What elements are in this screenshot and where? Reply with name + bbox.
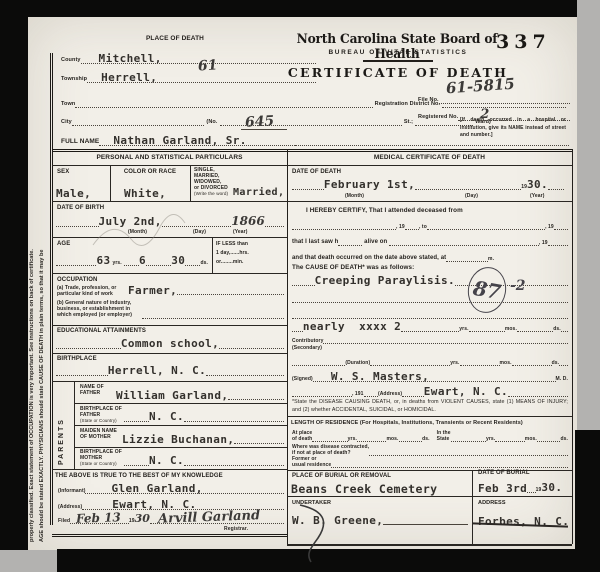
cause-of-death-label: The CAUSE OF DEATH* was as follows: [292, 264, 414, 272]
physician-address-row: , 191 (Address) Ewart, N. C. [292, 384, 568, 397]
registered-no-row: Registered No. 2 [418, 108, 570, 121]
title-underline [52, 165, 572, 166]
burial-divider [472, 470, 473, 544]
burial-row-line [287, 496, 572, 497]
mother-birthplace-row: N. C. [124, 454, 284, 466]
burial-place-label: PLACE OF BURIAL OR REMOVAL [292, 473, 391, 480]
mother-birthplace-label-block: BIRTHPLACE OF MOTHER (State or Country) [80, 449, 122, 466]
occupation-a-label: (a) Trade, profession, or particular kin… [57, 285, 127, 297]
occupation-a-value: Farmer, [128, 285, 177, 296]
last-saw-label: that I last saw h [292, 239, 338, 246]
stamp-number: 337 [496, 31, 551, 53]
alive-on-label: alive on [364, 239, 387, 246]
left-column-bottom-rule [52, 534, 287, 537]
county-row: County Mitchell, [61, 50, 316, 64]
county-value: Mitchell, [99, 53, 162, 64]
in-state-label2: State [437, 436, 451, 442]
state-or-country-sublabel: (State or Country) [80, 418, 122, 423]
age-days-value: 30 [171, 255, 185, 266]
row-line [52, 381, 287, 382]
duration-value: nearly xxxx 2 [303, 321, 401, 332]
yrs-unit-label: yrs. [450, 360, 459, 366]
footnote-rule [287, 416, 572, 417]
day-sublabel: (Day) [193, 229, 206, 235]
scan-border-bottom-right [575, 430, 600, 572]
dob-row: July 2nd, 1866 [56, 214, 284, 227]
if-less-line1: IF LESS than [216, 241, 284, 247]
burial-date-value: Feb 3rd [478, 483, 527, 494]
undertaker-address-label: ADDRESS [478, 500, 506, 507]
row-line [52, 353, 287, 354]
education-label: EDUCATIONAL ATTAINMENTS [57, 328, 146, 335]
education-row: Common school, [56, 336, 284, 349]
cell-divider-1 [110, 165, 111, 201]
year-sublabel: (Year) [530, 193, 545, 199]
mos-unit-label: mos. [505, 326, 517, 332]
contributory-row: Contributory [292, 333, 568, 344]
age-years-value: 63 [96, 255, 110, 266]
ds-unit-label: ds. [560, 436, 568, 442]
full-name-value: Nathan Garland, Sr. [113, 135, 246, 146]
age-months-value: 6 [139, 255, 146, 266]
township-value: Herrell, [101, 72, 157, 83]
last-saw-row: that I last saw h alive on , 19 [292, 234, 568, 246]
row-line [74, 425, 287, 426]
cause-of-death-row: Creeping Paraylisis. [292, 273, 568, 286]
dob-year-value: 1866 [231, 215, 264, 227]
cause-of-death-value: Creeping Paraylisis. [315, 275, 455, 286]
father-birthplace-label-block: BIRTHPLACE OF FATHER (State or Country) [80, 406, 122, 423]
occupation-a-row: Farmer, [128, 283, 284, 295]
title-rule [363, 60, 433, 62]
burial-place-value: Beans Creek Cemetery [291, 484, 437, 496]
contributory-label: Contributory [292, 338, 323, 344]
row-line [74, 447, 287, 448]
scan-border-bottom [57, 549, 577, 572]
undertaker-row: W. B. Greene, [292, 511, 468, 525]
birthplace-row: Herrell, N. C. [56, 363, 284, 376]
medical-section-title: MEDICAL CERTIFICATE OF DEATH [287, 154, 572, 162]
duration-sublabel: (Duration) [345, 360, 370, 366]
residence-title: LENGTH OF RESIDENCE (For Hospitals, Inst… [291, 420, 571, 427]
township-row: Township Herrell, [61, 69, 316, 83]
meridian-label: m. [488, 256, 494, 262]
md-label: M. D. [556, 376, 568, 382]
certify-statement: I HEREBY CERTIFY, That I attended deceas… [306, 207, 463, 215]
death-certificate-scan: properly classified. Exact statement of … [0, 0, 600, 572]
form-right-rule [572, 149, 573, 544]
signed-row: (Signed) W. S. Masters, M. D. [292, 368, 568, 382]
father-name-row: William Garland, [116, 388, 284, 400]
scan-border-top [0, 0, 577, 17]
state-or-country-sublabel: (State or Country) [80, 461, 122, 466]
township-number-handwritten: 61 [198, 58, 218, 73]
margin-instructions-line2: properly classified. Exact statement of … [29, 27, 35, 542]
undertaker-label: UNDERTAKER [292, 500, 331, 507]
registered-no-label: Registered No. [418, 114, 458, 121]
father-name-label: NAME OF FATHER [80, 384, 114, 396]
yrs-unit-label: yrs. [348, 436, 357, 442]
dob-label: DATE OF BIRTH [57, 205, 104, 212]
dob-value: July 2nd, [99, 216, 162, 227]
death-occurred-row: and that death occurred on the date abov… [292, 250, 568, 262]
color-race-label: COLOR OR RACE [112, 169, 188, 176]
contracted-row: Where was disease contracted,if not at p… [292, 445, 568, 456]
informant-row: (Informant) Glen Garland, [58, 481, 284, 494]
registrar-label: Registrar. [224, 526, 248, 532]
town-label: Town [61, 101, 75, 108]
occupation-b-label: (b) General nature of industry, business… [57, 300, 141, 318]
row-line [52, 237, 287, 238]
burial-year-value: 30. [541, 482, 562, 493]
right-column-bottom-rule [287, 544, 572, 546]
name-number-underline [241, 129, 287, 130]
parents-label: PARENTS [58, 389, 65, 465]
date-of-death-row: February 1st, 19 30. [292, 177, 564, 190]
if-less-line3: or........min. [216, 259, 284, 265]
filed-year-value: 30 [135, 513, 150, 524]
mos-unit-label: mos. [525, 436, 537, 442]
residence-row: At placeof death yrs. mos. ds. In theSta… [292, 430, 568, 442]
contributory-duration-row: (Duration) yrs. mos. ds. [292, 354, 568, 366]
year-sublabel: (Year) [233, 229, 248, 235]
ds-unit-label: ds. [422, 436, 430, 442]
place-of-death-heading: PLACE OF DEATH [110, 35, 240, 43]
cell-divider-2 [190, 165, 191, 201]
board-title: North Carolina State Board of Health [280, 32, 515, 62]
occupation-label: OCCUPATION [57, 277, 97, 284]
form-left-rule [50, 53, 53, 525]
father-name-value: William Garland, [116, 390, 228, 401]
full-name-label: FULL NAME [61, 138, 99, 146]
date-of-death-value: February 1st, [324, 179, 415, 190]
age-row: 63 yrs. 6 30 ds. [56, 253, 208, 266]
occupation-b-row [142, 307, 284, 319]
scan-border-left [0, 0, 28, 550]
death-occurred-label: and that death occurred on the date abov… [292, 255, 446, 262]
month-sublabel: (Month) [345, 193, 364, 199]
if-less-line2: 1 day,......hrs. [216, 250, 284, 256]
county-label: County [61, 57, 81, 64]
attended-dates-row: , 19 , to , 19 [292, 218, 568, 230]
row-line [52, 273, 287, 274]
marital-status-value: Married, [233, 188, 284, 198]
education-value: Common school, [121, 338, 219, 349]
registrar-signature: Arvill Garland [158, 509, 261, 526]
physician-address-label: (Address) [378, 391, 402, 397]
cause-footnote: *State the DISEASE CAUSING DEATH, or, in… [292, 399, 568, 414]
comma-19: , 19 [396, 224, 405, 230]
former-residence-row: Former orusual residence [292, 457, 568, 468]
birthplace-value: Herrell, N. C. [108, 365, 206, 376]
burial-date-label: DATE OF BURIAL [478, 470, 530, 477]
row-line [52, 325, 287, 326]
mother-birthplace-value: N. C. [149, 455, 184, 466]
at-place-label2: of death [292, 436, 312, 442]
mother-birthplace-label: BIRTHPLACE OF MOTHER [80, 449, 122, 461]
street-label: St.; [404, 119, 413, 126]
registered-no-value: 2 [480, 108, 489, 121]
yrs-unit-label: yrs. [486, 436, 495, 442]
to-label: , to [419, 224, 427, 230]
former-residence-label2: usual residence [292, 462, 331, 468]
city-label: City [61, 119, 72, 126]
mother-name-label: MAIDEN NAME OF MOTHER [80, 428, 120, 440]
ds-unit-label: ds. [552, 360, 560, 366]
date-of-death-label: DATE OF DEATH [292, 169, 341, 176]
filed-row: Filed Feb 13 19 30 Arvill Garland [58, 509, 284, 524]
township-label: Township [61, 76, 87, 83]
certificate-paper: properly classified. Exact statement of … [28, 17, 577, 550]
mos-unit-label: mos. [386, 436, 398, 442]
father-birthplace-row: N. C. [124, 410, 284, 422]
marital-status-label: SINGLE, MARRIED, WIDOWED, or DIVORCED (W… [194, 167, 236, 197]
sex-value: Male, [56, 188, 91, 199]
date-of-death-year: 30. [527, 179, 548, 190]
yrs-unit-label: yrs. [112, 260, 121, 266]
marital-label-line: (Write the word) [194, 191, 236, 197]
column-divider [287, 149, 288, 544]
comma-19: , 19 [539, 240, 548, 246]
full-name-row: FULL NAME Nathan Garland, Sr. [61, 130, 569, 146]
row-line [52, 201, 572, 202]
row-line [52, 469, 287, 470]
bureau-subtitle: BUREAU OF VITAL STATISTICS [283, 49, 513, 57]
physician-signature: W. S. Masters, [331, 371, 429, 382]
street-no-label: (No. [206, 119, 217, 126]
personal-section-title: PERSONAL AND STATISTICAL PARTICULARS [52, 154, 287, 162]
form-top-rule [52, 149, 572, 152]
informant-value: Glen Garland, [111, 483, 202, 494]
file-no-label: File No. [418, 97, 439, 104]
undertaker-value: W. B. Greene, [292, 515, 383, 526]
age-cell-divider [212, 237, 213, 273]
name-number-handwritten: 645 [245, 114, 275, 130]
mos-unit-label: mos. [500, 360, 512, 366]
margin-instructions-line1: AGE should be stated EXACTLY. PHYSICIANS… [39, 27, 45, 542]
filed-label: Filed [58, 518, 70, 524]
row-line [74, 403, 287, 404]
burial-date-row: Feb 3rd 19 30. [478, 479, 568, 493]
mother-name-row: Lizzie Buchanan, [122, 432, 284, 444]
day-sublabel: (Day) [465, 193, 478, 199]
ds-unit-label: ds. [553, 326, 561, 332]
yrs-unit-label: yrs. [459, 326, 468, 332]
informant-label: (Informant) [58, 488, 85, 494]
sex-label: SEX [57, 169, 69, 176]
year-191-label: , 191 [352, 391, 364, 397]
duration-row: nearly xxxx 2 yrs. mos. ds. [292, 319, 568, 332]
attestation-heading: THE ABOVE IS TRUE TO THE BEST OF MY KNOW… [55, 473, 287, 480]
physician-address-value: Ewart, N. C. [424, 386, 508, 397]
father-birthplace-value: N. C. [149, 411, 184, 422]
blank-dotted-line [292, 307, 568, 319]
filed-date-value: Feb 13 [76, 511, 121, 525]
if-less-cell: IF LESS than 1 day,......hrs. or........… [216, 241, 284, 265]
secondary-label: (Secondary) [292, 345, 322, 351]
blank-dotted-line [292, 291, 568, 303]
mother-name-value: Lizzie Buchanan, [122, 434, 234, 445]
month-sublabel: (Month) [128, 229, 147, 235]
signed-label: (Signed) [292, 376, 313, 382]
ds-unit-label: ds. [200, 260, 208, 266]
color-race-value: White, [124, 188, 166, 199]
age-label: AGE [57, 241, 70, 248]
comma-19: , 19 [545, 224, 554, 230]
father-birthplace-label: BIRTHPLACE OF FATHER [80, 406, 122, 418]
